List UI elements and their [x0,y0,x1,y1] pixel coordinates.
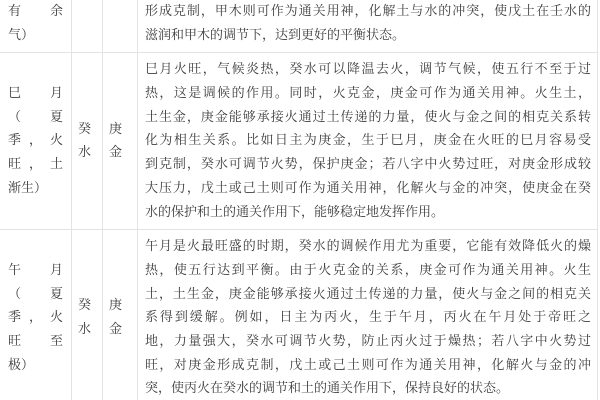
description-line: 到克制，癸水可调节火势，保护庚金；若八字中火势过旺，对庚金形成较 [145,153,591,177]
description-line: 土生金，庚金能够承接火通过土传递的力量，使火与金之间的相克关系转 [145,106,591,130]
description-line: 地，力量强大，癸水可调节火势，防止丙火过于燥热；若八字中火势过 [145,330,591,354]
month-cell: 巳月 （夏 季，火 旺，土 渐生） [0,53,72,230]
description-line: 系得到缓解。例如，日主为丙火，生于午月，丙火在午月处于帝旺之 [145,306,591,330]
month-label-line: 旺至 [8,330,63,354]
description-line: 热，使五行达到平衡。由于火克金的关系，庚金可作为通关用神。火生 [145,259,591,283]
description-line: 午月是火最旺盛的时期，癸水的调候作用尤为重要，它能有效降低火的燥 [145,235,591,259]
description-line: 旺，对庚金形成克制，戊土或己土则可作为通关用神，化解火与金的冲 [145,354,591,378]
description-cell: 巳月火旺，气候炎热，癸水可以降温去火，调节气候，使五行不至于过 热，这是调候的作… [138,53,598,230]
month-label-line: 季，火 [8,129,63,153]
table-row: 巳月 （夏 季，火 旺，土 渐生） 癸水 庚金 巳月火旺，气候炎热，癸水可以降温… [0,53,598,230]
description-line: 热，这是调候的作用。同时，火克金，庚金可作为通关用神。火生土， [145,82,591,106]
table-row: 有余 气） 形成克制，甲木则可作为通关用神，化解土与水的冲突，使戊土在壬水的 滋… [0,0,598,53]
month-cell: 午月 （夏 季，火 旺至 极） [0,230,72,400]
month-label-line: （夏 [8,106,63,130]
description-line: 土，土生金，庚金能够承接火通过土传递的力量，使火与金之间的相克关 [145,283,591,307]
description-line: 形成克制，甲木则可作为通关用神，化解土与水的冲突，使戊土在壬水的 [145,0,591,24]
tongguan-cell: 庚金 [103,230,138,400]
description-line: 化为相生关系。比如日主为庚金，生于巳月，庚金在火旺的巳月容易受 [145,129,591,153]
description-line: 突，使丙火在癸水的调节和土的通关作用下，保持良好的状态。 [145,377,591,400]
month-analysis-table: 有余 气） 形成克制，甲木则可作为通关用神，化解土与水的冲突，使戊土在壬水的 滋… [0,0,598,400]
tongguan-cell [103,0,138,53]
month-label-line: 渐生） [8,177,63,201]
description-cell: 形成克制，甲木则可作为通关用神，化解土与水的冲突，使戊土在壬水的 滋润和甲木的调… [138,0,598,53]
description-line: 水的保护和土的通关作用下，能够稳定地发挥作用。 [145,201,591,225]
month-label-line: 气） [8,24,63,48]
month-label-line: 季，火 [8,306,63,330]
table-row: 午月 （夏 季，火 旺至 极） 癸水 庚金 午月是火最旺盛的时期，癸水的调候作用… [0,230,598,400]
description-cell: 午月是火最旺盛的时期，癸水的调候作用尤为重要，它能有效降低火的燥 热，使五行达到… [138,230,598,400]
month-label-line: 巳月 [8,82,63,106]
description-line: 大压力，戊土或己土则可作为通关用神，化解火与金的冲突，使庚金在癸 [145,177,591,201]
month-label-line: 午月 [8,259,63,283]
month-label-line: 旺，土 [8,153,63,177]
month-label-line: 有余 [8,0,63,24]
description-line: 滋润和甲木的调节下，达到更好的平衡状态。 [145,24,591,48]
tiaohou-cell: 癸水 [72,230,103,400]
tiaohou-cell [72,0,103,53]
month-cell: 有余 气） [0,0,72,53]
month-label-line: 极） [8,354,63,378]
month-label-line: （夏 [8,283,63,307]
tongguan-cell: 庚金 [103,53,138,230]
description-line: 巳月火旺，气候炎热，癸水可以降温去火，调节气候，使五行不至于过 [145,58,591,82]
tiaohou-cell: 癸水 [72,53,103,230]
